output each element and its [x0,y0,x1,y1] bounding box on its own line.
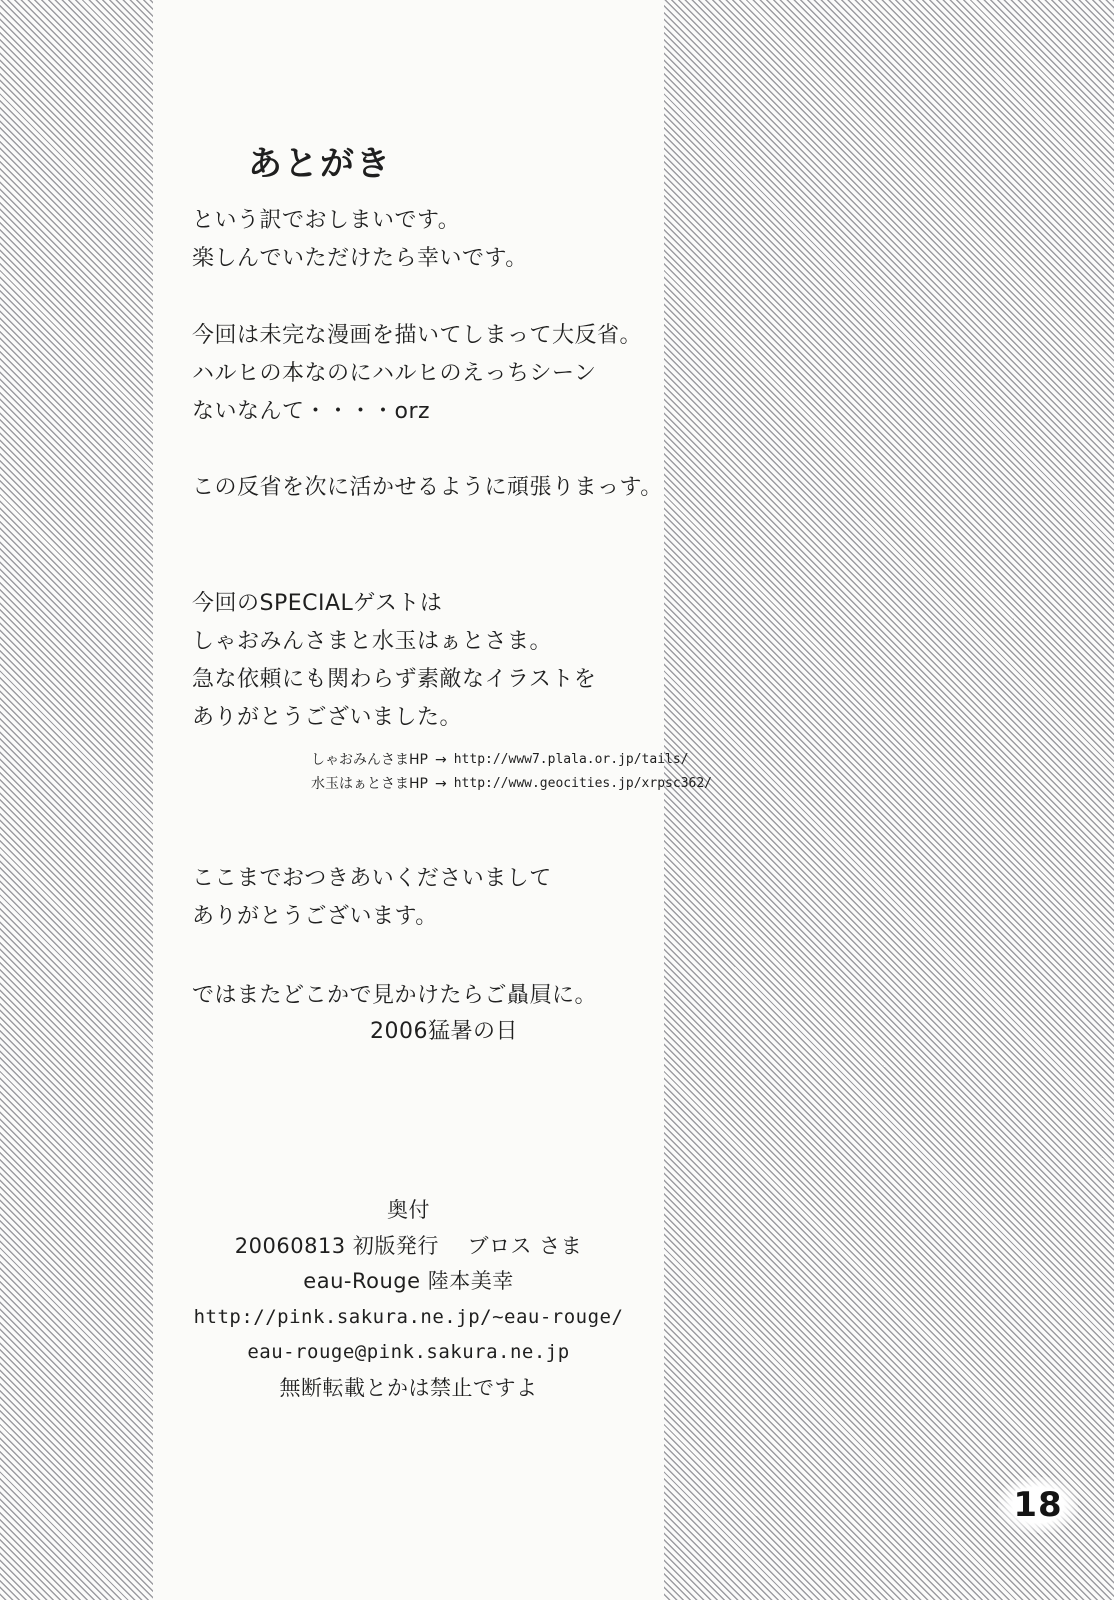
afterword-paragraph-3: この反省を次に活かせるように頑張りまっす。 [192,469,663,507]
text-line: ハルヒの本なのにハルヒのえっちシーン [192,355,642,393]
text-line: この反省を次に活かせるように頑張りまっす。 [192,469,663,507]
page-number-badge: 18 [998,1477,1078,1533]
guest-link-label: しゃおみんさまHP [311,748,428,772]
scanned-afterword-page: あとがき という訳でおしまいです。 楽しんでいただけたら幸いです。 今回は未完な… [0,0,1114,1600]
guest-link-url: http://www7.plala.or.jp/tails/ [454,748,689,772]
right-stripe-border [664,0,1114,1600]
afterword-paragraph-6: ではまたどこかで見かけたらご贔屓に。 [192,977,597,1015]
guest-link-row: しゃおみんさまHP → http://www7.plala.or.jp/tail… [311,748,712,772]
text-line: という訳でおしまいです。 [192,202,528,240]
colophon-circle-line: eau-Rouge 陸本美幸 [153,1264,664,1300]
text-line: 今回は未完な漫画を描いてしまって大反省。 [192,317,642,355]
text-line: ないなんて・・・・orz [192,393,642,431]
afterword-paragraph-5: ここまでおつきあいくださいまして ありがとうございます。 [192,860,552,936]
text-line: 今回のSPECIALゲストは [192,585,596,623]
text-line: ありがとうございました。 [192,699,596,737]
afterword-paragraph-1: という訳でおしまいです。 楽しんでいただけたら幸いです。 [192,202,528,278]
left-stripe-border [0,0,153,1600]
right-arrow-icon: → [435,772,447,796]
colophon: 奥付 20060813 初版発行 ブロス さま eau-Rouge 陸本美幸 h… [153,1193,664,1406]
afterword-paragraph-2: 今回は未完な漫画を描いてしまって大反省。 ハルヒの本なのにハルヒのえっちシーン … [192,317,642,431]
guest-link-label: 水玉はぁとさまHP [311,772,428,796]
guest-homepage-links: しゃおみんさまHP → http://www7.plala.or.jp/tail… [311,748,712,796]
colophon-publication-line: 20060813 初版発行 ブロス さま [153,1229,664,1265]
afterword-paragraph-4: 今回のSPECIALゲストは しゃおみんさまと水玉はぁとさま。 急な依頼にも関わ… [192,585,596,737]
guest-link-url: http://www.geocities.jp/xrpsc362/ [454,772,712,796]
right-arrow-icon: → [435,748,447,772]
text-line: 急な依頼にも関わらず素敵なイラストを [192,661,596,699]
colophon-notice: 無断転載とかは禁止ですよ [153,1371,664,1407]
text-line: ここまでおつきあいくださいまして [192,860,552,898]
text-line: しゃおみんさまと水玉はぁとさま。 [192,623,596,661]
afterword-content: あとがき という訳でおしまいです。 楽しんでいただけたら幸いです。 今回は未完な… [153,0,664,1600]
colophon-heading: 奥付 [153,1193,664,1229]
colophon-website: http://pink.sakura.ne.jp/~eau-rouge/ [153,1300,664,1336]
date-line: 2006猛暑の日 [370,1014,518,1045]
text-line: 楽しんでいただけたら幸いです。 [192,240,528,278]
guest-link-row: 水玉はぁとさまHP → http://www.geocities.jp/xrps… [311,772,712,796]
colophon-email: eau-rouge@pink.sakura.ne.jp [153,1335,664,1371]
text-line: ではまたどこかで見かけたらご贔屓に。 [192,977,597,1015]
text-line: ありがとうございます。 [192,898,552,936]
afterword-title: あとがき [248,136,392,185]
